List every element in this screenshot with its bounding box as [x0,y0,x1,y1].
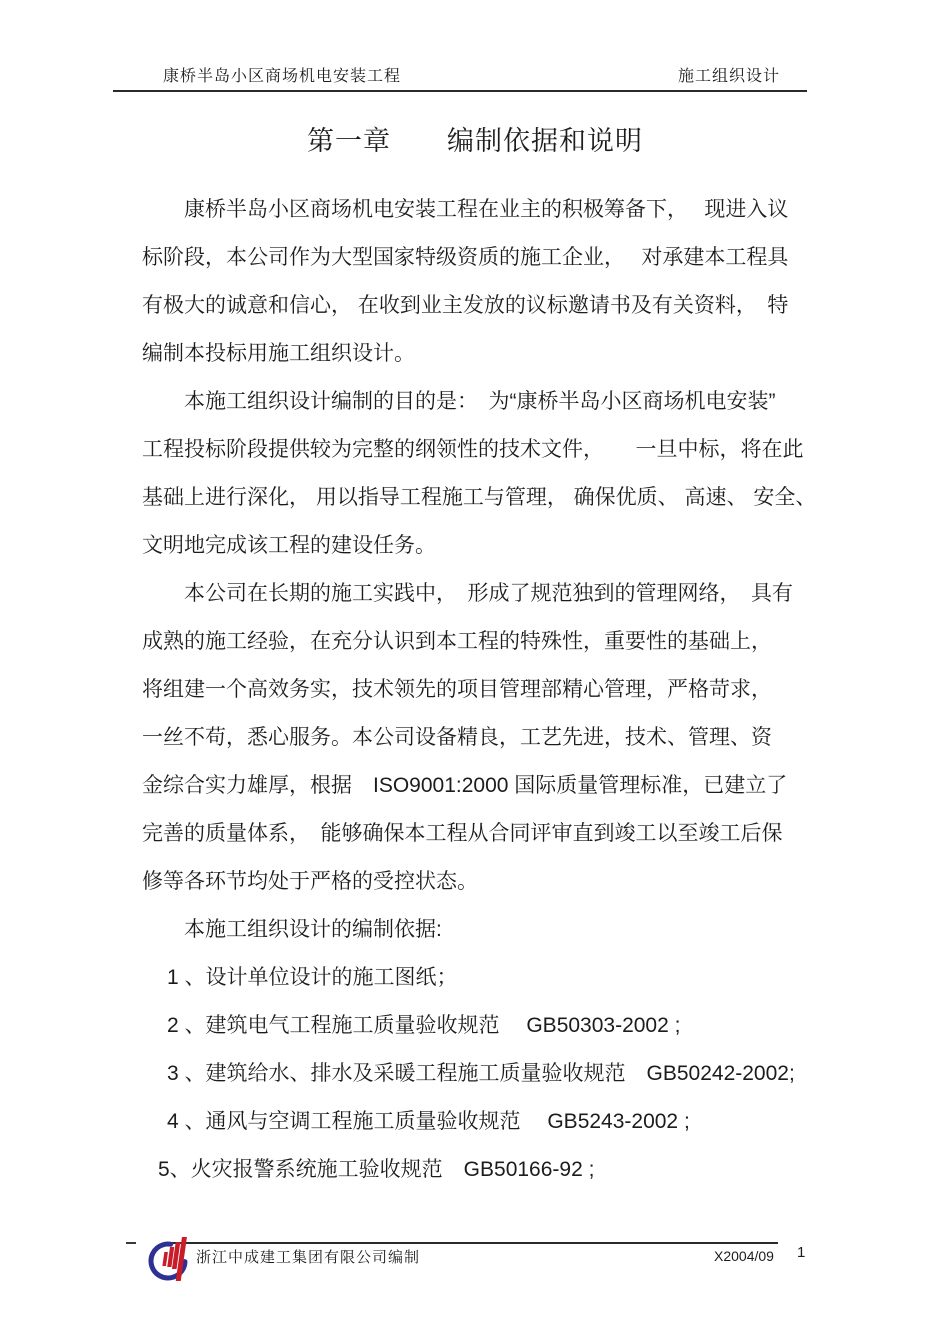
body-lines: 康桥半岛小区商场机电安装工程在业主的积极筹备下， 现进入议标阶段，本公司作为大型… [142,186,814,1194]
body-line: 文明地完成该工程的建设任务。 [142,522,814,570]
footer-doc-code: X2004/09 [714,1248,774,1264]
header-doc-type: 施工组织设计 [678,63,780,86]
body-line: 本施工组织设计的编制依据: [142,906,814,954]
chapter-title: 第一章 编制依据和说明 [0,120,950,162]
body-line: 有极大的诚意和信心， 在收到业主发放的议标邀请书及有关资料， 特 [142,282,814,330]
body-line: 成熟的施工经验，在充分认识到本工程的特殊性，重要性的基础上， [142,618,814,666]
body-line: 金综合实力雄厚，根据 ISO9001:2000 国际质量管理标准，已建立了 [142,762,814,810]
company-logo-icon [147,1233,189,1287]
body-line: 一丝不苟，悉心服务。本公司设备精良，工艺先进，技术、管理、资 [142,714,814,762]
body-line: 1 、设计单位设计的施工图纸； [142,954,814,1002]
body-line: 将组建一个高效务实，技术领先的项目管理部精心管理，严格苛求， [142,666,814,714]
document-page: 康桥半岛小区商场机电安装工程 施工组织设计 第一章 编制依据和说明 康桥半岛小区… [0,0,950,1344]
body-line: 编制本投标用施工组织设计。 [142,330,814,378]
body-line: 2 、建筑电气工程施工质量验收规范 GB50303-2002 ; [142,1002,814,1050]
footer-rule [170,1242,778,1244]
body-line: 康桥半岛小区商场机电安装工程在业主的积极筹备下， 现进入议 [142,186,814,234]
body-line: 工程投标阶段提供较为完整的纲领性的技术文件， 一旦中标，将在此 [142,426,814,474]
header-project-title: 康桥半岛小区商场机电安装工程 [163,63,401,86]
body-line: 修等各环节均处于严格的受控状态。 [142,858,814,906]
page-header: 康桥半岛小区商场机电安装工程 施工组织设计 [113,60,807,92]
body-line: 4 、通风与空调工程施工质量验收规范 GB5243-2002 ; [142,1098,814,1146]
body-line: 本施工组织设计编制的目的是： 为“康桥半岛小区商场机电安装” [142,378,814,426]
body-line: 5、火灾报警系统施工验收规范 GB50166-92 ; [142,1146,814,1194]
body-line: 本公司在长期的施工实践中， 形成了规范独到的管理网络， 具有 [142,570,814,618]
body-line: 3 、建筑给水、排水及采暖工程施工质量验收规范 GB50242-2002; [142,1050,814,1098]
footer-page-number: 1 [797,1244,805,1261]
body-line: 基础上进行深化， 用以指导工程施工与管理， 确保优质、 高速、 安全、 [142,474,814,522]
body-line: 完善的质量体系， 能够确保本工程从合同评审直到竣工以至竣工后保 [142,810,814,858]
body-line: 标阶段，本公司作为大型国家特级资质的施工企业， 对承建本工程具 [142,234,814,282]
footer-company-name: 浙江中成建工集团有限公司编制 [196,1246,420,1267]
footer-left-dash [126,1242,136,1244]
